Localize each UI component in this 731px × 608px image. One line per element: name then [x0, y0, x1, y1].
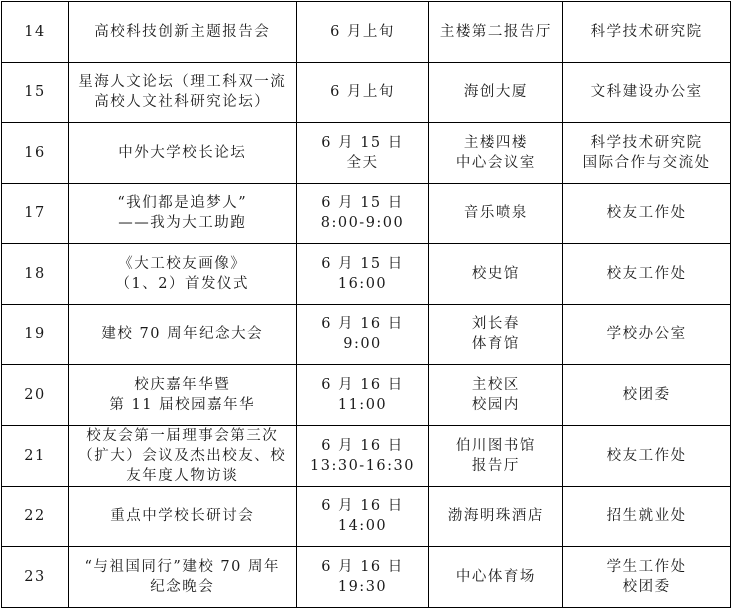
event-place: 校史馆	[429, 244, 563, 305]
event-number: 20	[2, 365, 69, 426]
event-schedule-table: 14 高校科技创新主题报告会 6 月上旬 主楼第二报告厅 科学技术研究院 15 …	[1, 1, 731, 608]
event-time: 6 月 16 日 11:00	[296, 365, 429, 426]
event-number: 17	[2, 183, 69, 244]
event-name: 校友会第一届理事会第三次 （扩大）会议及杰出校友、校 友年度人物访谈	[68, 425, 296, 486]
event-name: “我们都是追梦人” ——我为大工助跑	[68, 183, 296, 244]
event-place: 中心体育场	[429, 547, 563, 608]
table-row: 19 建校 70 周年纪念大会 6 月 16 日 9:00 刘长春 体育馆 学校…	[2, 304, 731, 365]
event-time: 6 月 15 日 全天	[296, 123, 429, 184]
event-time: 6 月 16 日 14:00	[296, 486, 429, 547]
table-row: 20 校庆嘉年华暨 第 11 届校园嘉年华 6 月 16 日 11:00 主校区…	[2, 365, 731, 426]
event-name: 高校科技创新主题报告会	[68, 2, 296, 63]
event-time: 6 月 16 日 13:30-16:30	[296, 425, 429, 486]
event-place: 主楼第二报告厅	[429, 2, 563, 63]
event-name: 校庆嘉年华暨 第 11 届校园嘉年华	[68, 365, 296, 426]
event-organizer: 学校办公室	[563, 304, 731, 365]
event-organizer: 校友工作处	[563, 244, 731, 305]
event-name: 星海人文论坛（理工科双一流 高校人文社科研究论坛）	[68, 62, 296, 123]
event-time: 6 月 16 日 9:00	[296, 304, 429, 365]
table-row: 14 高校科技创新主题报告会 6 月上旬 主楼第二报告厅 科学技术研究院	[2, 2, 731, 63]
event-organizer: 科学技术研究院	[563, 2, 731, 63]
event-organizer: 校友工作处	[563, 183, 731, 244]
event-time: 6 月上旬	[296, 62, 429, 123]
event-name: 《大工校友画像》 （1、2）首发仪式	[68, 244, 296, 305]
table-row: 17 “我们都是追梦人” ——我为大工助跑 6 月 15 日 8:00-9:00…	[2, 183, 731, 244]
event-place: 刘长春 体育馆	[429, 304, 563, 365]
event-time: 6 月 15 日 16:00	[296, 244, 429, 305]
event-place: 主校区 校园内	[429, 365, 563, 426]
event-time: 6 月 15 日 8:00-9:00	[296, 183, 429, 244]
event-number: 15	[2, 62, 69, 123]
event-organizer: 校团委	[563, 365, 731, 426]
event-place: 主楼四楼 中心会议室	[429, 123, 563, 184]
event-place: 音乐喷泉	[429, 183, 563, 244]
event-number: 19	[2, 304, 69, 365]
event-organizer: 招生就业处	[563, 486, 731, 547]
event-number: 14	[2, 2, 69, 63]
table-row: 23 “与祖国同行”建校 70 周年 纪念晚会 6 月 16 日 19:30 中…	[2, 547, 731, 608]
event-name: 中外大学校长论坛	[68, 123, 296, 184]
event-place: 海创大厦	[429, 62, 563, 123]
table-row: 16 中外大学校长论坛 6 月 15 日 全天 主楼四楼 中心会议室 科学技术研…	[2, 123, 731, 184]
event-number: 22	[2, 486, 69, 547]
event-number: 21	[2, 425, 69, 486]
table-row: 22 重点中学校长研讨会 6 月 16 日 14:00 渤海明珠酒店 招生就业处	[2, 486, 731, 547]
event-organizer: 科学技术研究院 国际合作与交流处	[563, 123, 731, 184]
event-number: 18	[2, 244, 69, 305]
event-name: 建校 70 周年纪念大会	[68, 304, 296, 365]
event-time: 6 月上旬	[296, 2, 429, 63]
event-name: “与祖国同行”建校 70 周年 纪念晚会	[68, 547, 296, 608]
event-name: 重点中学校长研讨会	[68, 486, 296, 547]
table-row: 15 星海人文论坛（理工科双一流 高校人文社科研究论坛） 6 月上旬 海创大厦 …	[2, 62, 731, 123]
table-row: 21 校友会第一届理事会第三次 （扩大）会议及杰出校友、校 友年度人物访谈 6 …	[2, 425, 731, 486]
table-row: 18 《大工校友画像》 （1、2）首发仪式 6 月 15 日 16:00 校史馆…	[2, 244, 731, 305]
event-place: 伯川图书馆 报告厅	[429, 425, 563, 486]
event-number: 16	[2, 123, 69, 184]
event-number: 23	[2, 547, 69, 608]
event-place: 渤海明珠酒店	[429, 486, 563, 547]
event-time: 6 月 16 日 19:30	[296, 547, 429, 608]
event-organizer: 校友工作处	[563, 425, 731, 486]
event-organizer: 文科建设办公室	[563, 62, 731, 123]
event-organizer: 学生工作处 校团委	[563, 547, 731, 608]
